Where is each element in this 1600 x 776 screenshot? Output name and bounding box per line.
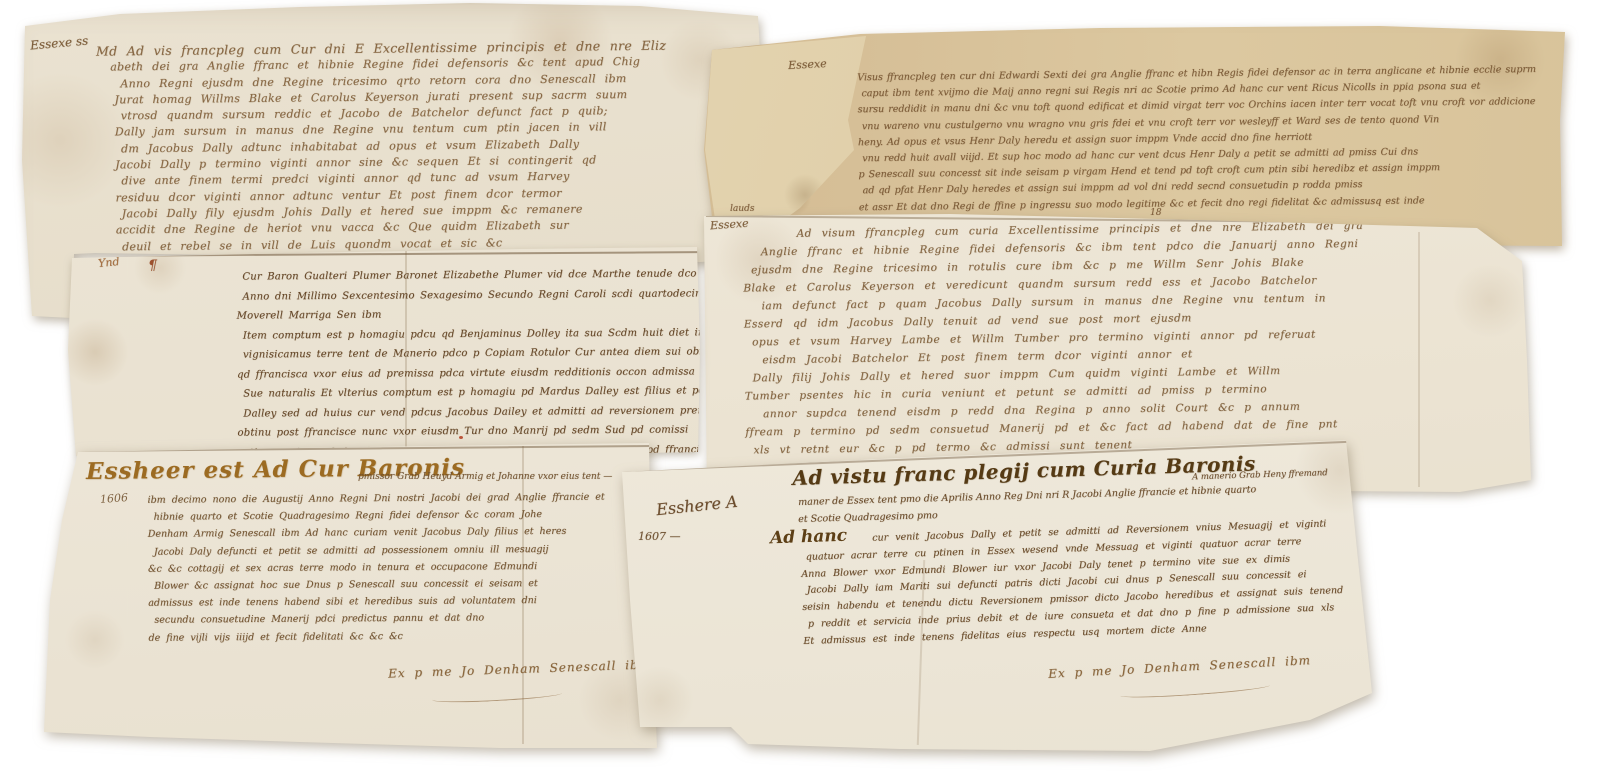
year-1607: 1607 —: [638, 530, 681, 543]
subheading-line: et Scotie Quadragesimo pmo: [798, 510, 938, 525]
signature-flourish: [1120, 681, 1270, 700]
subheading-line: maner de Essex tent pmo die Aprilis Anno…: [798, 484, 1256, 508]
parchment-sheet: Ad vistu franc plegij cum Curia Baronis …: [0, 0, 1600, 776]
court-heading: Ad vistu franc plegij cum Curia Baronis: [792, 451, 1256, 490]
photo-of-parchment-documents: Essexe ss Md Ad vis francpleg cum Cur dn…: [0, 0, 1600, 776]
county-marginal: Esshere A: [655, 492, 738, 519]
steward-signature: Ex p me Jo Denham Senescall ibm: [1048, 653, 1311, 681]
manuscript-text-block: cur venit Jacobus Dally et petit se admi…: [800, 514, 1403, 650]
parchment-document-frankpledge-1607: Ad vistu franc plegij cum Curia Baronis …: [0, 0, 1600, 776]
